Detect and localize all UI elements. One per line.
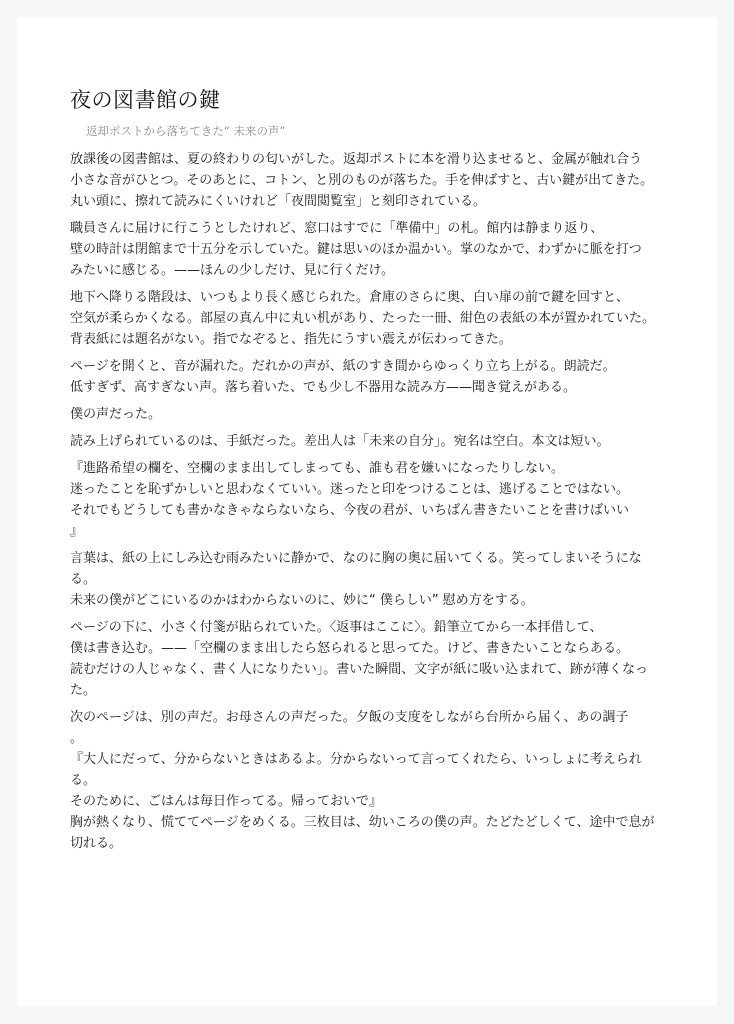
paragraph: 言葉は、紙の上にしみ込む雨みたいに静かで、なのに胸の奥に届いてくる。笑ってしまい…: [70, 548, 664, 611]
paragraph: 地下へ降りる階段は、いつもより長く感じられた。倉庫のさらに奥、白い扉の前で鍵を回…: [70, 287, 664, 350]
paragraph: 次のページは、別の声だ。お母さんの声だった。夕飯の支度をしながら台所から届く、あ…: [70, 707, 664, 854]
paragraph: 読み上げられているのは、手紙だった。差出人は「未来の自分」。宛名は空白。本文は短…: [70, 431, 664, 452]
paragraph: 僕の声だった。: [70, 404, 664, 425]
paragraph: ページを開くと、音が漏れた。だれかの声が、紙のすき間からゆっくり立ち上がる。朗読…: [70, 356, 664, 398]
paragraph: 職員さんに届けに行こうとしたけれど、窓口はすでに「準備中」の札。館内は静まり返り…: [70, 218, 664, 281]
document-title: 夜の図書館の鍵: [70, 87, 664, 113]
document-subtitle: 返却ポストから落ちてきた“ 未来の声”: [86, 123, 664, 139]
paragraph: 放課後の図書館は、夏の終わりの匂いがした。返却ポストに本を滑り込ませると、金属が…: [70, 149, 664, 212]
document-page: 夜の図書館の鍵 返却ポストから落ちてきた“ 未来の声” 放課後の図書館は、夏の終…: [17, 17, 717, 1006]
story-body: 放課後の図書館は、夏の終わりの匂いがした。返却ポストに本を滑り込ませると、金属が…: [70, 149, 664, 854]
paragraph: ページの下に、小さく付箋が貼られていた。〈返事はここに〉。鉛筆立てから一本拝借し…: [70, 617, 664, 701]
paragraph: 『進路希望の欄を、空欄のまま出してしまっても、誰も君を嫌いになったりしない。 迷…: [70, 458, 664, 542]
